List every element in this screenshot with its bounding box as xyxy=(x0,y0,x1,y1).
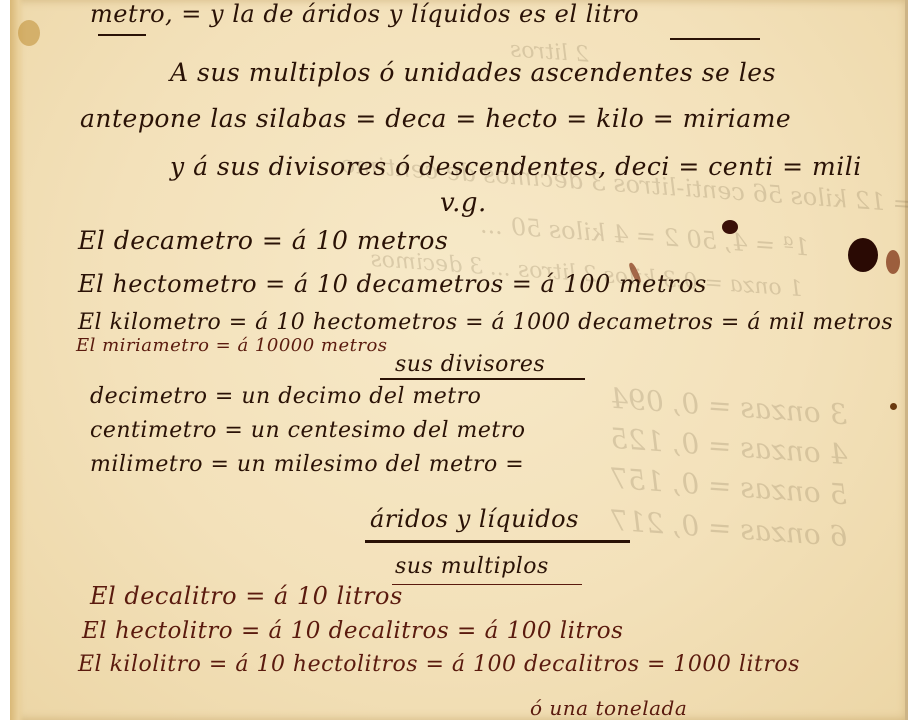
ink-blot-right xyxy=(886,250,900,274)
text-line-milimetro: milimetro = un milesimo del metro = xyxy=(90,452,524,477)
underline-litro xyxy=(670,38,760,40)
text-line-3: antepone las silabas = deca = hecto = ki… xyxy=(80,104,791,133)
heading-underline-multiplos xyxy=(392,584,582,585)
manuscript-page: 1º = 12, 56 3 = 12 kilos 56 centi-litros… xyxy=(10,0,908,720)
stain-top-left xyxy=(18,20,40,46)
text-line-decalitro: El decalitro = á 10 litros xyxy=(90,582,403,610)
text-line-tonelada: ó una tonelada xyxy=(530,696,687,720)
ink-blot-large xyxy=(848,238,878,272)
text-line-hectometro: El hectometro = á 10 decametros = á 100 … xyxy=(78,270,707,298)
spot-right xyxy=(890,403,897,410)
heading-sus-multiplos: sus multiplos xyxy=(395,554,549,579)
text-line-kilometro: El kilometro = á 10 hectometros = á 1000… xyxy=(78,310,893,335)
underline-metro xyxy=(98,34,146,36)
text-line-2: A sus multiplos ó unidades ascendentes s… xyxy=(170,58,776,87)
bleed-through-2: 1ª = 4, 50 2 = 4 kilos 50 ... xyxy=(479,211,810,262)
text-line-4: y á sus divisores ó descendentes, deci =… xyxy=(170,152,862,181)
bleed-through-6: 5 onzas = 0, 157 xyxy=(609,462,848,512)
text-line-decimetro: decimetro = un decimo del metro xyxy=(90,384,481,409)
heading-underline-divisores xyxy=(380,378,585,380)
text-line-decametro: El decametro = á 10 metros xyxy=(78,226,448,255)
text-line-centimetro: centimetro = un centesimo del metro xyxy=(90,418,526,443)
page-edge-left xyxy=(10,0,24,720)
text-line-kilolitro: El kilolitro = á 10 hectolitros = á 100 … xyxy=(78,652,800,677)
text-line-vg: v.g. xyxy=(440,188,487,218)
heading-sus-divisores: sus divisores xyxy=(395,352,545,377)
text-line-1: metro, = y la de áridos y líquidos es el… xyxy=(90,0,639,28)
text-line-hectolitro: El hectolitro = á 10 decalitros = á 100 … xyxy=(82,618,623,644)
heading-underline-aridos xyxy=(365,540,630,543)
page-edge-right xyxy=(905,0,908,720)
heading-aridos-liquidos: áridos y líquidos xyxy=(370,505,579,533)
text-line-miriametro: El miriametro = á 10000 metros xyxy=(76,335,388,356)
bleed-through-7: 6 onzas = 0, 217 xyxy=(609,504,848,554)
